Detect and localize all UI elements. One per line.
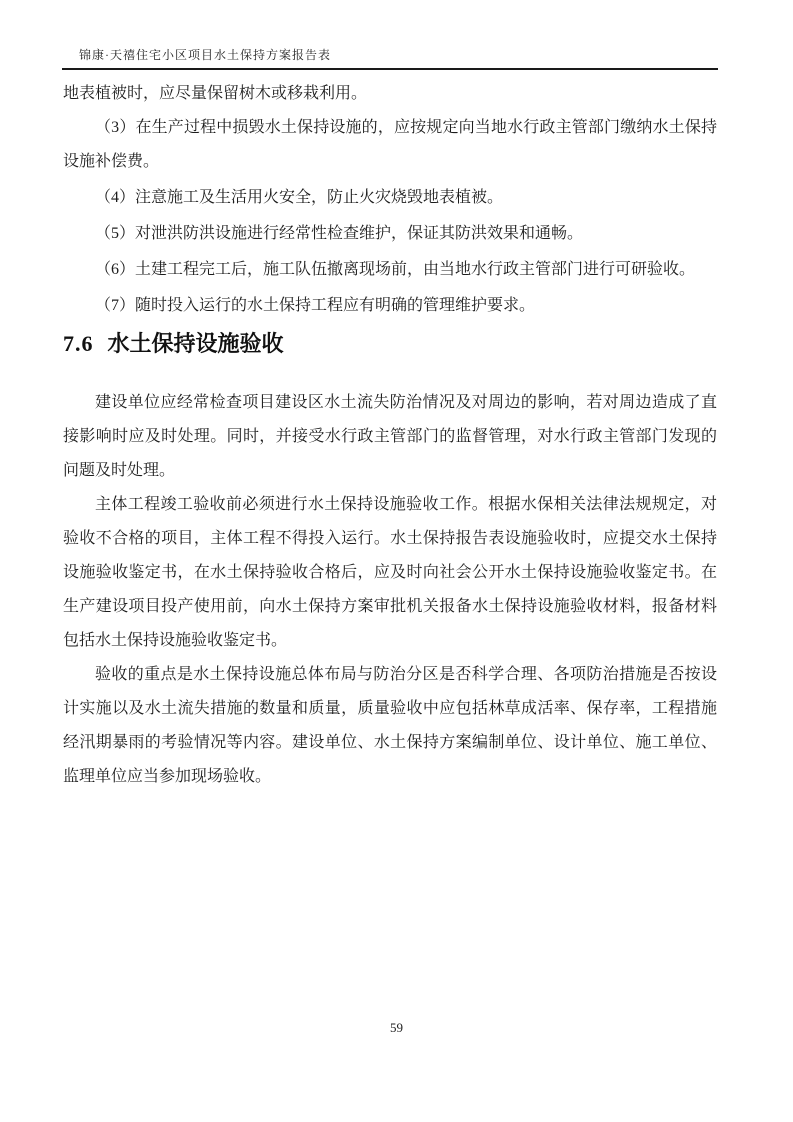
section-title: 水土保持设施验收 (108, 331, 284, 356)
paragraph-2: 主体工程竣工验收前必须进行水土保持设施验收工作。根据水保相关法律法规规定，对验收… (63, 488, 717, 658)
page-number: 59 (390, 1020, 403, 1035)
document-body: 地表植被时，应尽量保留树木或移栽利用。 （3）在生产过程中损毁水土保持设施的，应… (63, 77, 717, 794)
numbered-item-5: （5）对泄洪防洪设施进行经常性检查维护，保证其防洪效果和通畅。 (63, 217, 717, 251)
running-header: 锦康·天禧住宅小区项目水土保持方案报告表 (62, 46, 718, 70)
paragraph-continuation: 地表植被时，应尽量保留树木或移栽利用。 (63, 77, 717, 111)
numbered-item-4: （4）注意施工及生活用火安全，防止火灾烧毁地表植被。 (63, 181, 717, 215)
numbered-item-7: （7）随时投入运行的水土保持工程应有明确的管理维护要求。 (63, 289, 717, 323)
numbered-item-3: （3）在生产过程中损毁水土保持设施的，应按规定向当地水行政主管部门缴纳水土保持设… (63, 111, 717, 179)
section-number: 7.6 (63, 331, 94, 356)
paragraph-1: 建设单位应经常检查项目建设区水土流失防治情况及对周边的影响，若对周边造成了直接影… (63, 386, 717, 488)
running-header-title: 锦康·天禧住宅小区项目水土保持方案报告表 (79, 48, 331, 62)
page-footer: 59 (0, 1020, 793, 1036)
numbered-item-6: （6）土建工程完工后，施工队伍撤离现场前，由当地水行政主管部门进行可研验收。 (63, 253, 717, 287)
section-heading: 7.6水土保持设施验收 (63, 329, 717, 359)
document-page: 锦康·天禧住宅小区项目水土保持方案报告表 地表植被时，应尽量保留树木或移栽利用。… (0, 0, 793, 1122)
paragraph-3: 验收的重点是水土保持设施总体布局与防治分区是否科学合理、各项防治措施是否按设计实… (63, 658, 717, 794)
